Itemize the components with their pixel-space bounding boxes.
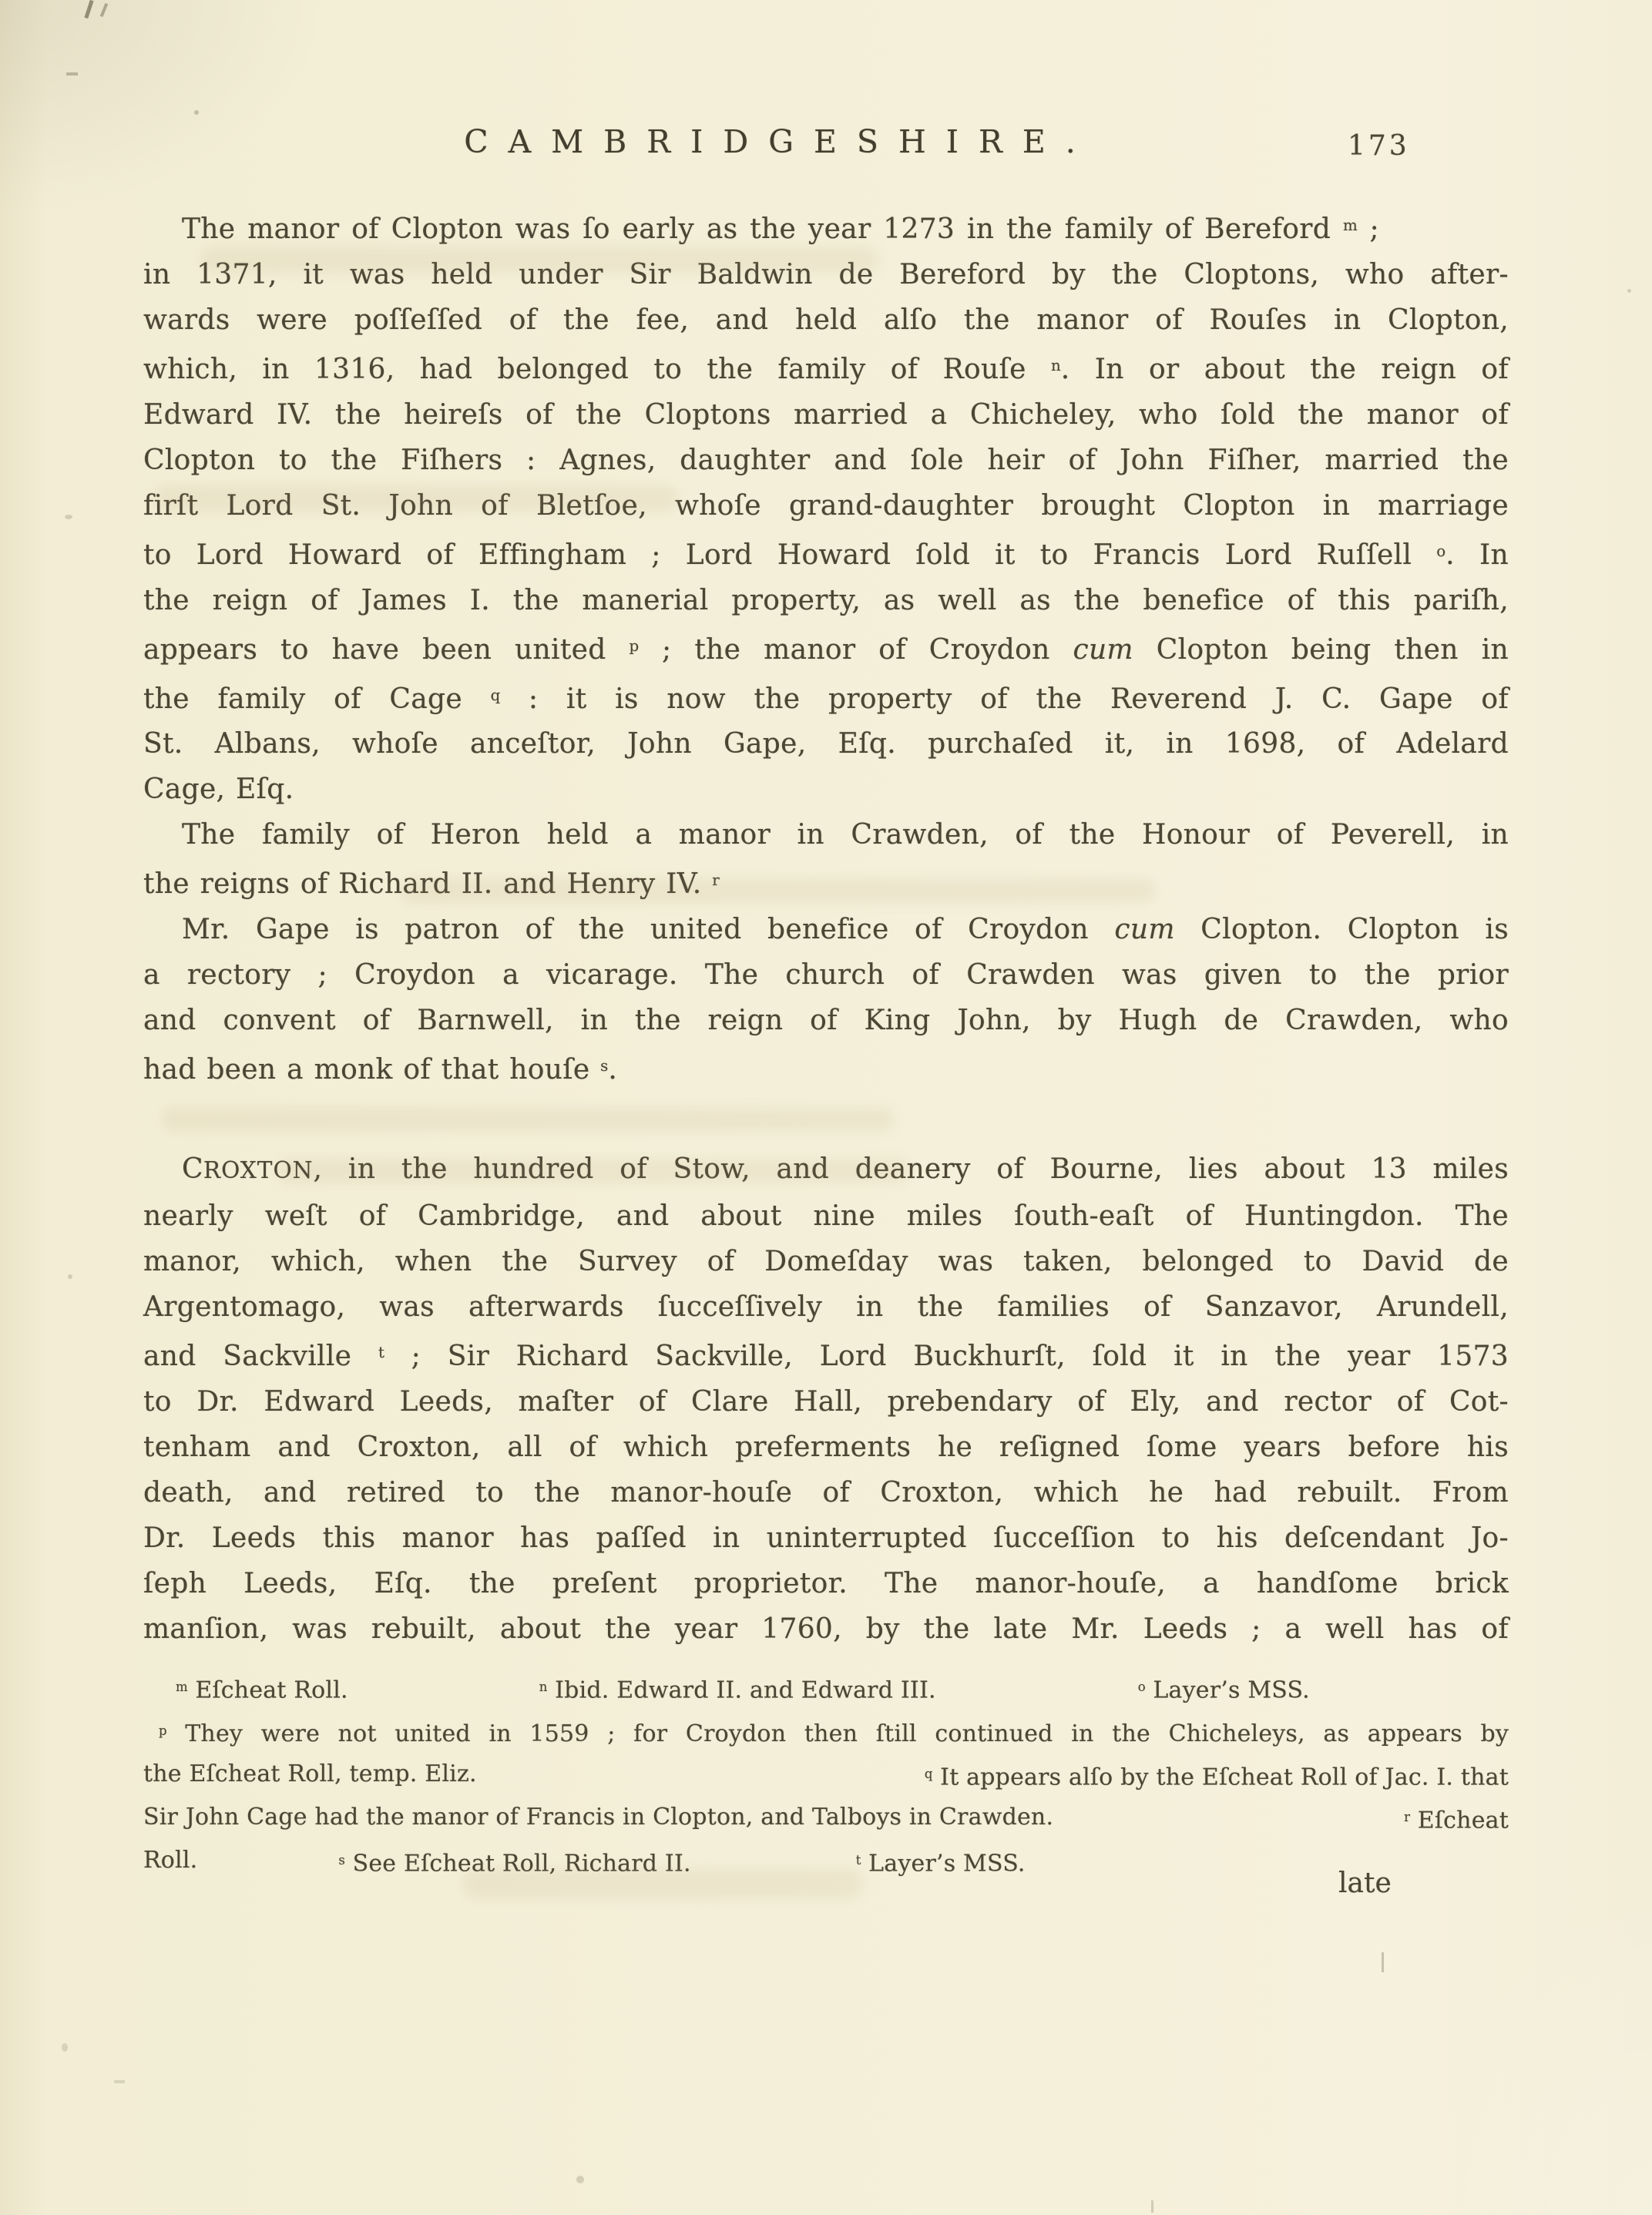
text-segment: . In or about the reign of [1061, 354, 1509, 385]
text-line: Mr. Gape is patron of the united benefic… [143, 907, 1509, 952]
text-line: Dr. Leeds this manor has paſſed in unint… [143, 1515, 1509, 1561]
footnote-reference: n [1051, 357, 1061, 374]
footnote-chunk: p They were not united in 1559 ; for Cro… [159, 1720, 1509, 1747]
text-segment: Roll. [143, 1847, 197, 1874]
text-segment: Clopton to the Fiſhers : Agnes, daughter… [143, 445, 1509, 476]
footnote-reference: s [338, 1853, 344, 1868]
ink-speck [1151, 2200, 1153, 2213]
text-segment: Eſcheat Roll. [188, 1676, 348, 1703]
footnote-reference: s [600, 1057, 608, 1075]
text-segment: See Eſcheat Roll, Richard II. [345, 1850, 691, 1877]
text-line: and Sackville t ; Sir Richard Sackville,… [143, 1330, 1509, 1379]
footnote-reference: m [1343, 216, 1358, 234]
footnote-reference: o [1436, 542, 1445, 560]
footnote-line: p They were not united in 1559 ; for Cro… [143, 1710, 1509, 1754]
text-segment: wards were poſſeſſed of the fee, and hel… [143, 304, 1509, 336]
paragraph-croxton: CROXTON, in the hundred of Stow, and dea… [143, 1146, 1509, 1652]
text-line: St. Albans, whoſe anceſtor, John Gape, E… [143, 721, 1509, 767]
text-line: Argentomago, was afterwards ſucceſſively… [143, 1284, 1509, 1330]
ink-speck [194, 110, 199, 115]
paragraph-clopton-manor: The manor of Clopton was ſo early as the… [143, 203, 1509, 812]
text-segment: firſt Lord St. John of Bletſoe, whoſe gr… [143, 490, 1509, 522]
text-segment: the reign of James I. the manerial prope… [143, 585, 1509, 616]
text-segment: manor, which, when the Survey of Domeſda… [143, 1246, 1509, 1277]
footnote-reference: p [159, 1723, 167, 1737]
ink-speck [62, 2043, 68, 2052]
footnote-chunk: t Layer’s MSS. [856, 1841, 1026, 1884]
page-number: 173 [1348, 130, 1410, 162]
text-segment: cum [1114, 914, 1174, 945]
text-segment: had been a monk of that houſe [143, 1054, 600, 1086]
text-segment: Layer’s MSS. [1146, 1676, 1310, 1703]
text-segment: ſeph Leeds, Eſq. the preſent proprietor.… [143, 1568, 1509, 1599]
text-segment: and convent of Barnwell, in the reign of… [143, 1005, 1509, 1036]
text-segment: which, in 1316, had belonged to the fami… [143, 354, 1051, 385]
text-segment: to Lord Howard of Effingham ; Lord Howar… [143, 539, 1436, 571]
text-line: Clopton to the Fiſhers : Agnes, daughter… [143, 438, 1509, 483]
text-segment: They were not united in 1559 ; for Croyd… [167, 1720, 1509, 1747]
text-segment: ; the manor of Croydon [639, 634, 1073, 666]
text-line: the reigns of Richard II. and Henry IV. … [143, 857, 1509, 907]
text-segment: , in the hundred of Stow, and deanery of… [313, 1153, 1509, 1185]
text-line: nearly weſt of Cambridge, and about nine… [143, 1193, 1509, 1239]
text-line: tenham and Croxton, all of which preferm… [143, 1425, 1509, 1470]
footnote-chunk: Roll. [143, 1841, 197, 1884]
text-line: Cage, Eſq. [143, 767, 1509, 812]
text-line: the family of Cage q : it is now the pro… [143, 673, 1509, 722]
text-segment: tenham and Croxton, all of which preferm… [143, 1431, 1509, 1463]
text-line: death, and retired to the manor-houſe of… [143, 1470, 1509, 1515]
body-text: The manor of Clopton was ſo early as the… [143, 203, 1509, 1652]
text-segment: Clopton. Clopton is [1175, 914, 1509, 945]
ink-speck [66, 72, 78, 76]
scanned-book-page: CAMBRIDGESHIRE. 173 The manor of Clopton… [0, 0, 1652, 2215]
footnote-line: the Eſcheat Roll, temp. Eliz.q It appear… [143, 1754, 1509, 1797]
footnote-chunk: m Eſcheat Roll. [176, 1667, 348, 1710]
ink-speck [68, 1274, 72, 1279]
text-line: had been a monk of that houſe s. [143, 1043, 1509, 1092]
footnote-reference: r [712, 871, 719, 889]
text-segment: the Eſcheat Roll, temp. Eliz. [143, 1760, 477, 1787]
text-segment: Ibid. Edward II. and Edward III. [547, 1676, 935, 1703]
text-segment: Clopton being then in [1133, 634, 1509, 666]
text-line: and convent of Barnwell, in the reign of… [143, 998, 1509, 1043]
text-segment: nearly weſt of Cambridge, and about nine… [143, 1200, 1509, 1232]
text-segment: in 1371, it was held under Sir Baldwin d… [143, 259, 1509, 290]
ink-speck [114, 2080, 125, 2083]
footnote-reference: o [1138, 1680, 1146, 1694]
text-segment: St. Albans, whoſe anceſtor, John Gape, E… [143, 728, 1509, 760]
text-line: firſt Lord St. John of Bletſoe, whoſe gr… [143, 483, 1509, 529]
ink-speck [1382, 1952, 1384, 1972]
paragraph-heron-crawden: The family of Heron held a manor in Craw… [143, 812, 1509, 907]
text-line: The family of Heron held a manor in Craw… [143, 812, 1509, 857]
footnote-reference: r [1404, 1810, 1410, 1824]
text-line: which, in 1316, had belonged to the fami… [143, 343, 1509, 392]
paragraph-united-benefice: Mr. Gape is patron of the united benefic… [143, 907, 1509, 1092]
text-line: wards were poſſeſſed of the fee, and hel… [143, 297, 1509, 343]
footnote-line: Roll.s See Eſcheat Roll, Richard II.t La… [143, 1841, 1509, 1884]
text-segment: cum [1073, 634, 1133, 666]
text-segment: Eſcheat [1410, 1807, 1509, 1834]
text-segment: to Dr. Edward Leeds, maſter of Clare Hal… [143, 1386, 1509, 1418]
text-segment: ; [1358, 213, 1379, 245]
text-segment: the family of Cage [143, 683, 491, 714]
text-line: in 1371, it was held under Sir Baldwin d… [143, 252, 1509, 297]
text-segment: a rectory ; Croydon a vicarage. The chur… [143, 959, 1509, 991]
footnote-reference: p [629, 637, 639, 655]
text-segment: The manor of Clopton was ſo early as the… [182, 213, 1343, 245]
text-segment: appears to have been united [143, 634, 629, 666]
footnote-reference: q [925, 1767, 933, 1781]
footnote-reference: t [378, 1344, 384, 1361]
text-segment: Edward IV. the heireſs of the Cloptons m… [143, 399, 1509, 431]
text-segment: Layer’s MSS. [861, 1850, 1025, 1877]
footnotes-block: m Eſcheat Roll.n Ibid. Edward II. and Ed… [143, 1667, 1509, 1884]
text-segment: C [182, 1153, 203, 1185]
text-segment: and Sackville [143, 1341, 378, 1372]
text-segment: Mr. Gape is patron of the united benefic… [182, 914, 1114, 945]
ink-speck [100, 3, 108, 17]
ink-speck [84, 0, 93, 18]
footnote-line: m Eſcheat Roll.n Ibid. Edward II. and Ed… [143, 1667, 1509, 1710]
footnote-chunk: n Ibid. Edward II. and Edward III. [539, 1667, 936, 1710]
text-segment: Cage, Eſq. [143, 774, 294, 805]
footnote-chunk: the Eſcheat Roll, temp. Eliz. [143, 1754, 477, 1797]
footnote-chunk: o Layer’s MSS. [1138, 1667, 1310, 1710]
footnote-chunk: q It appears alſo by the Eſcheat Roll of… [925, 1754, 1509, 1797]
text-line: to Lord Howard of Effingham ; Lord Howar… [143, 529, 1509, 578]
ink-speck [576, 2176, 584, 2183]
text-segment: : it is now the property of the Reverend… [500, 683, 1509, 714]
footnote-chunk: Sir John Cage had the manor of Francis i… [143, 1797, 1053, 1841]
running-header: CAMBRIDGESHIRE. [97, 123, 1462, 160]
text-segment: The family of Heron held a manor in Craw… [182, 819, 1509, 851]
text-segment: the reigns of Richard II. and Henry IV. [143, 868, 712, 900]
text-segment: manſion, was rebuilt, about the year 176… [143, 1613, 1509, 1645]
footnote-chunk: r Eſcheat [1404, 1797, 1509, 1841]
text-line: a rectory ; Croydon a vicarage. The chur… [143, 952, 1509, 998]
text-segment: ; Sir Richard Sackville, Lord Buckhurſt,… [384, 1341, 1509, 1372]
ink-speck [1627, 289, 1631, 293]
text-segment: Argentomago, was afterwards ſucceſſively… [143, 1291, 1509, 1323]
footnote-reference: n [539, 1680, 548, 1694]
footnote-reference: m [176, 1680, 188, 1694]
text-segment: death, and retired to the manor-houſe of… [143, 1477, 1509, 1509]
text-line: Edward IV. the heireſs of the Cloptons m… [143, 392, 1509, 438]
text-line: appears to have been united p ; the mano… [143, 623, 1509, 673]
footnote-chunk: s See Eſcheat Roll, Richard II. [338, 1841, 690, 1884]
text-line: manor, which, when the Survey of Domeſda… [143, 1239, 1509, 1284]
footnote-line: Sir John Cage had the manor of Francis i… [143, 1797, 1509, 1841]
footnote-reference: q [491, 686, 501, 704]
text-segment: Sir John Cage had the manor of Francis i… [143, 1804, 1053, 1831]
ink-speck [65, 515, 72, 519]
catchword: late [1338, 1868, 1392, 1899]
text-segment: ROXTON [203, 1157, 314, 1183]
text-segment: . [608, 1054, 617, 1086]
text-line: CROXTON, in the hundred of Stow, and dea… [143, 1146, 1509, 1193]
text-line: to Dr. Edward Leeds, maſter of Clare Hal… [143, 1379, 1509, 1425]
text-segment: It appears alſo by the Eſcheat Roll of J… [932, 1764, 1509, 1790]
text-line: the reign of James I. the manerial prope… [143, 578, 1509, 623]
text-line: ſeph Leeds, Eſq. the preſent proprietor.… [143, 1561, 1509, 1606]
text-segment: . In [1445, 539, 1509, 571]
text-line: The manor of Clopton was ſo early as the… [143, 203, 1509, 252]
text-segment: Dr. Leeds this manor has paſſed in unint… [143, 1522, 1509, 1554]
text-line: manſion, was rebuilt, about the year 176… [143, 1606, 1509, 1652]
